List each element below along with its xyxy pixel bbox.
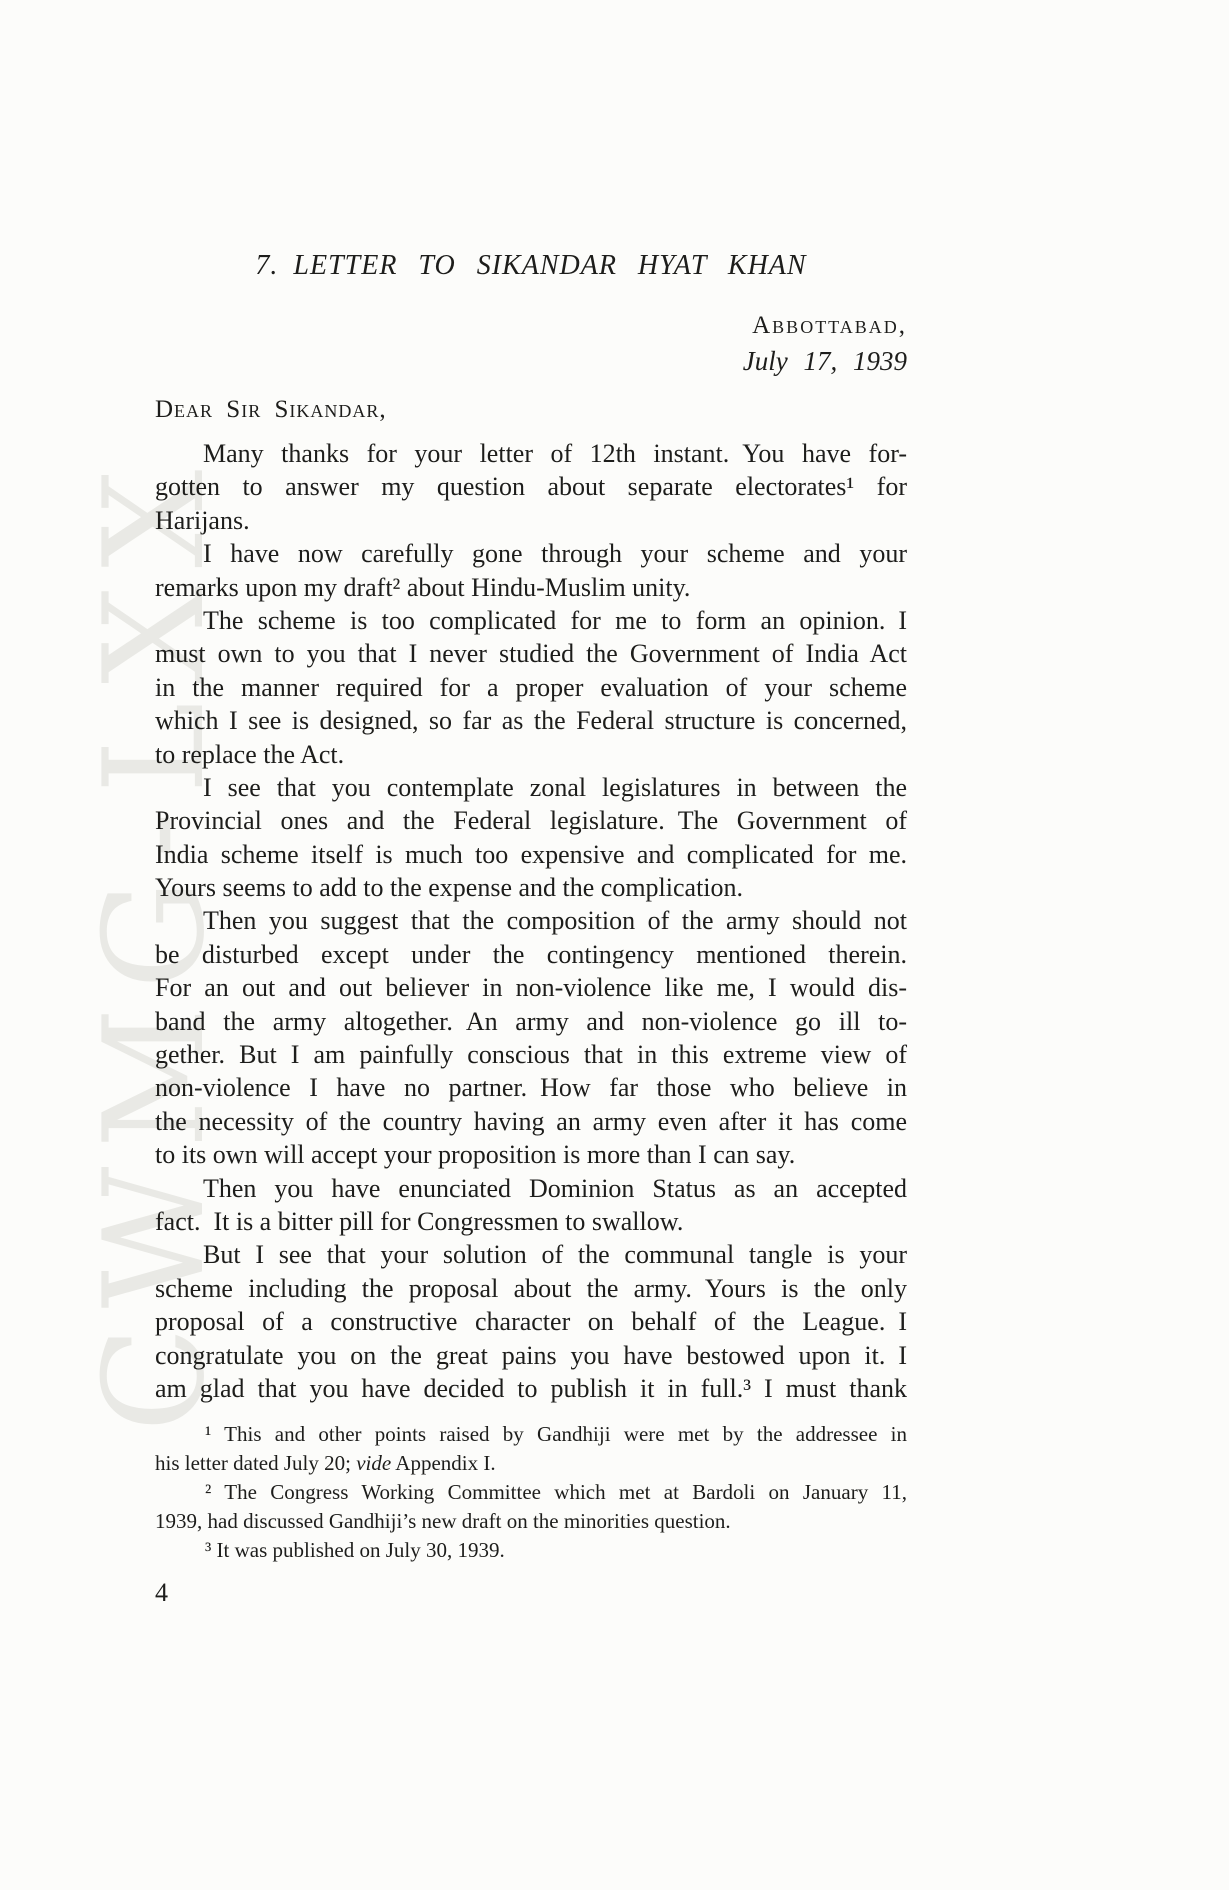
text-line: band the army altogether. An army and no… <box>155 1005 907 1038</box>
text-line: must own to you that I never studied the… <box>155 637 907 670</box>
text-segment: Appendix I. <box>391 1451 495 1475</box>
text-line: remarks upon my draft² about Hindu-Musli… <box>155 571 907 604</box>
letter-place: Abbottabad, <box>155 312 907 340</box>
book-page: CWMG-LXX 7. LETTER TO SIKANDAR HYAT KHAN… <box>0 0 1229 1890</box>
text-segment: his letter dated July 20; <box>155 1451 356 1475</box>
text-line: gotten to answer my question about separ… <box>155 470 907 503</box>
text-line: Many thanks for your letter of 12th inst… <box>155 437 907 470</box>
text-line: ¹ This and other points raised by Gandhi… <box>155 1420 907 1449</box>
text-line: his letter dated July 20; vide Appendix … <box>155 1449 907 1478</box>
text-line: India scheme itself is much too expensiv… <box>155 838 907 871</box>
text-line: congratulate you on the great pains you … <box>155 1339 907 1372</box>
page-number: 4 <box>155 1578 168 1608</box>
text-line: the necessity of the country having an a… <box>155 1105 907 1138</box>
text-line: to replace the Act. <box>155 738 907 771</box>
text-line: The scheme is too complicated for me to … <box>155 604 907 637</box>
text-line: I see that you contemplate zonal legisla… <box>155 771 907 804</box>
text-line: Then you suggest that the composition of… <box>155 904 907 937</box>
letter-title: 7. LETTER TO SIKANDAR HYAT KHAN <box>155 250 907 282</box>
text-line: ³ It was published on July 30, 1939. <box>155 1536 907 1565</box>
text-line: Yours seems to add to the expense and th… <box>155 871 907 904</box>
letter-body: Many thanks for your letter of 12th inst… <box>155 437 907 1405</box>
text-line: which I see is designed, so far as the F… <box>155 704 907 737</box>
text-line: be disturbed except under the contingenc… <box>155 938 907 971</box>
footnotes-section: ¹ This and other points raised by Gandhi… <box>155 1420 907 1565</box>
text-line: to its own will accept your proposition … <box>155 1138 907 1171</box>
text-line: gether. But I am painfully conscious tha… <box>155 1038 907 1071</box>
text-line: 1939, had discussed Gandhiji’s new draft… <box>155 1507 907 1536</box>
text-line: But I see that your solution of the comm… <box>155 1238 907 1271</box>
text-line: ² The Congress Working Committee which m… <box>155 1478 907 1507</box>
text-line: Harijans. <box>155 504 907 537</box>
text-line: scheme including the proposal about the … <box>155 1272 907 1305</box>
text-line: non-violence I have no partner. How far … <box>155 1071 907 1104</box>
text-line: Provincial ones and the Federal legislat… <box>155 804 907 837</box>
letter-salutation: Dear Sir Sikandar, <box>155 396 387 424</box>
text-line: in the manner required for a proper eval… <box>155 671 907 704</box>
text-line: proposal of a constructive character on … <box>155 1305 907 1338</box>
text-segment: vide <box>356 1451 391 1475</box>
text-line: am glad that you have decided to publish… <box>155 1372 907 1405</box>
text-line: For an out and out believer in non-viole… <box>155 971 907 1004</box>
text-line: fact. It is a bitter pill for Congressme… <box>155 1205 907 1238</box>
text-line: I have now carefully gone through your s… <box>155 537 907 570</box>
letter-date: July 17, 1939 <box>155 346 907 377</box>
text-line: Then you have enunciated Dominion Status… <box>155 1172 907 1205</box>
